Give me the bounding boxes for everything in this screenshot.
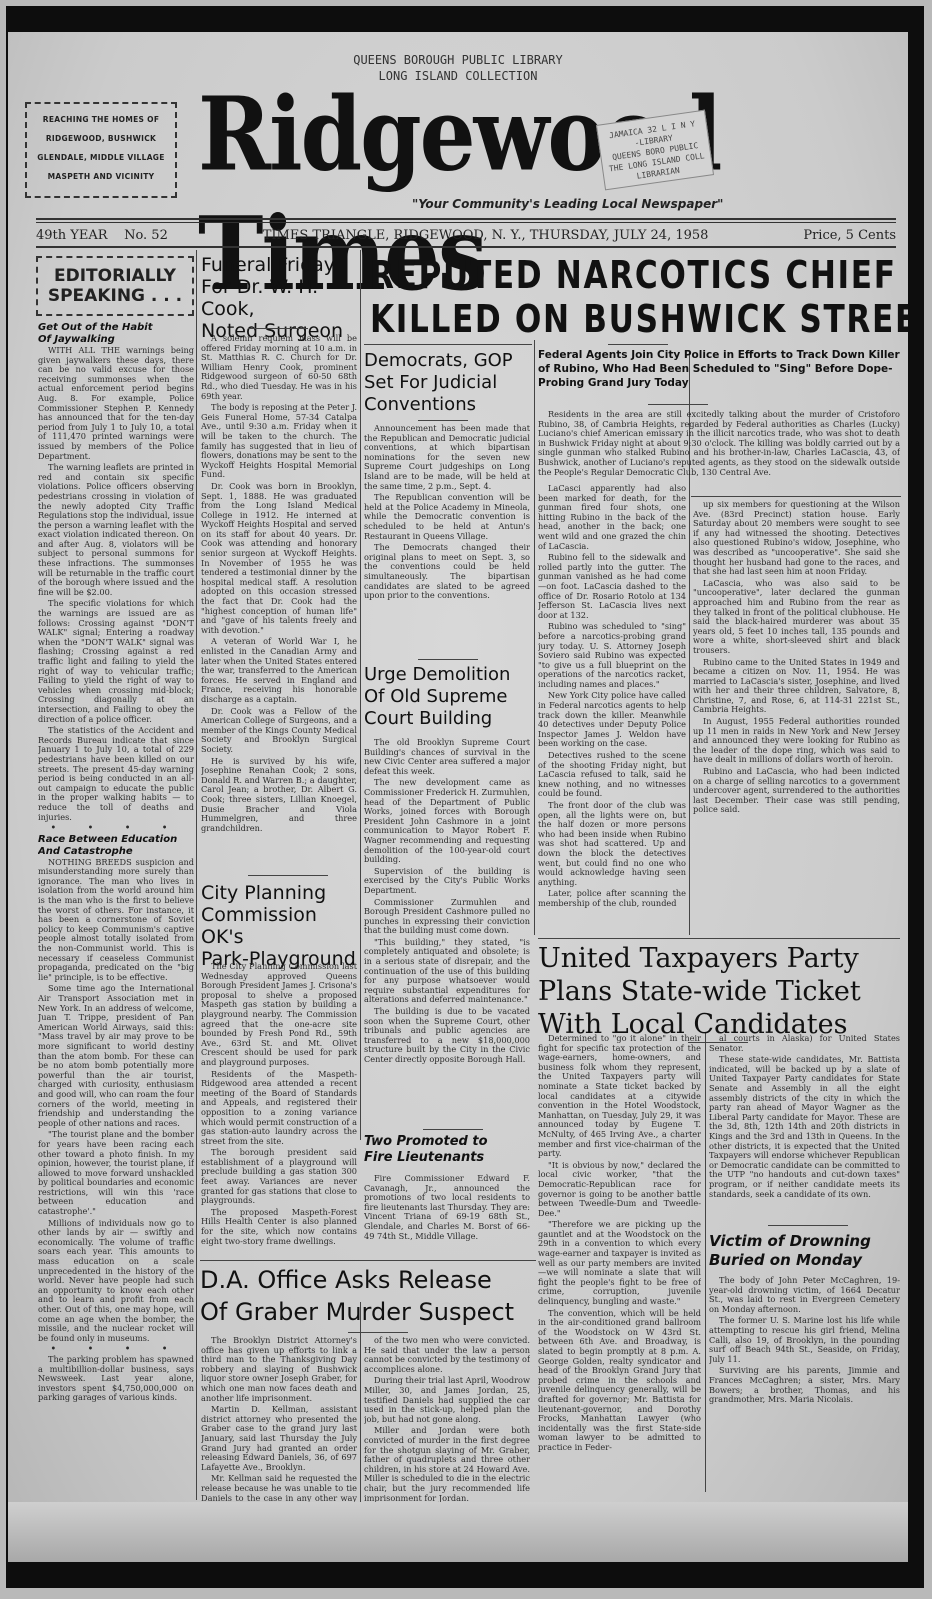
headline-line: Victim of Drowning bbox=[709, 1232, 900, 1251]
short-rule bbox=[423, 1129, 483, 1130]
paragraph: WITH ALL THE warnings being given jaywal… bbox=[38, 346, 194, 461]
paragraph: Later, police after scanning the members… bbox=[538, 889, 686, 908]
headline-line: D.A. Office Asks Release bbox=[200, 1264, 536, 1296]
banner-column-2: up six members for questioning at the Wi… bbox=[693, 500, 900, 934]
banner-lead: Residents in the area are still excitedl… bbox=[538, 410, 900, 480]
paragraph: NOTHING BREEDS suspicion and misundersta… bbox=[38, 858, 194, 983]
headline-line: Set For Judicial bbox=[364, 372, 532, 394]
headline-line: Urge Demolition bbox=[364, 664, 532, 686]
headline-line: For Dr. W. H. Cook, bbox=[201, 276, 361, 320]
paragraph: The specific violations for which the wa… bbox=[38, 599, 194, 724]
democrats-article: Announcement has been made that the Repu… bbox=[364, 424, 530, 654]
cook-article: A solemn requiem mass will be offered Fr… bbox=[201, 334, 357, 869]
page-bottom-margin bbox=[8, 1502, 908, 1562]
paragraph: Rubino was scheduled to "sing" before a … bbox=[538, 622, 686, 689]
headline-line: Court Building bbox=[364, 708, 532, 730]
demolition-article: The old Brooklyn Supreme Court Building'… bbox=[364, 738, 530, 1126]
paragraph: The City Planning Commission last Wednes… bbox=[201, 962, 357, 1068]
column-rule bbox=[360, 250, 361, 1140]
box-title-line: SPEAKING . . . bbox=[38, 286, 192, 306]
headline-line: United Taxpayers Party bbox=[538, 942, 900, 975]
paragraph: The new development came as Commissioner… bbox=[364, 778, 530, 864]
fire-headline: Two Promoted to Fire Lieutenants bbox=[364, 1134, 532, 1166]
graber-headline: D.A. Office Asks Release Of Graber Murde… bbox=[200, 1264, 536, 1328]
paragraph: Commissioner Zurmuhlen and Borough Presi… bbox=[364, 898, 530, 936]
headline-line: Funeral Friday bbox=[201, 254, 361, 276]
paragraph: Residents of the Maspeth-Ridgewood area … bbox=[201, 1070, 357, 1147]
column-rule bbox=[534, 340, 535, 935]
paragraph: A veteran of World War I, he enlisted in… bbox=[201, 637, 357, 704]
paragraph: The convention, which will be held in th… bbox=[538, 1309, 701, 1453]
paragraph: Martin D. Kellman, assistant district at… bbox=[201, 1405, 357, 1472]
library-stamp-line: QUEENS BOROUGH PUBLIC LIBRARY bbox=[8, 52, 908, 68]
paragraph: Rubino came to the United States in 1949… bbox=[693, 658, 900, 716]
editorial-column: Get Out of the HabitOf Jaywalking WITH A… bbox=[38, 322, 194, 1502]
editorial-subhead: Race Between EducationAnd Catastrophe bbox=[38, 834, 194, 858]
paragraph: The borough president said establishment… bbox=[201, 1148, 357, 1206]
taxpayers-column-2: al courts in Alaska) for United States S… bbox=[709, 1034, 900, 1214]
short-rule bbox=[248, 875, 328, 876]
rule bbox=[364, 344, 532, 345]
democrats-headline: Democrats, GOP Set For Judicial Conventi… bbox=[364, 350, 532, 416]
paragraph: "This building," they stated, "is comple… bbox=[364, 938, 530, 1005]
short-rule bbox=[648, 404, 708, 405]
paragraph: Miller and Jordan were both convicted of… bbox=[364, 1426, 530, 1503]
paragraph: The Brooklyn District Attorney's office … bbox=[201, 1336, 357, 1403]
headline-line: Fire Lieutenants bbox=[364, 1150, 532, 1166]
banner-line: REPUTED NARCOTICS CHIEF bbox=[370, 253, 806, 297]
column-rule bbox=[705, 1032, 706, 1492]
paragraph: Determined to "go it alone" in their fig… bbox=[538, 1034, 701, 1159]
paragraph: The Democrats changed their original pla… bbox=[364, 543, 530, 601]
paragraph: Rubino fell to the sidewalk and rolled p… bbox=[538, 553, 686, 620]
paragraph: of the two men who were convicted. He sa… bbox=[364, 1336, 530, 1374]
demolition-headline: Urge Demolition Of Old Supreme Court Bui… bbox=[364, 664, 532, 730]
dateline-rule bbox=[36, 246, 896, 248]
paragraph: "Therefore we are picking up the gauntle… bbox=[538, 1220, 701, 1306]
reaching-line: MASPETH AND VICINITY bbox=[27, 167, 175, 186]
headline-line: Conventions bbox=[364, 394, 532, 416]
paragraph: Surviving are his parents, Jimmie and Fr… bbox=[709, 1366, 900, 1404]
drowning-headline: Victim of Drowning Buried on Monday bbox=[709, 1232, 900, 1270]
banner-deck: Federal Agents Join City Police in Effor… bbox=[538, 348, 900, 390]
paragraph: The Republican convention will be held a… bbox=[364, 493, 530, 541]
newspaper-page: QUEENS BOROUGH PUBLIC LIBRARY LONG ISLAN… bbox=[8, 32, 908, 1562]
banner-line: KILLED ON BUSHWICK STREET bbox=[370, 297, 806, 341]
banner-column-1: LaCasci apparently had also been marked … bbox=[538, 484, 686, 934]
subhead-line: Get Out of the Habit bbox=[38, 322, 194, 334]
short-rule bbox=[418, 659, 478, 660]
paragraph: LaCasci apparently had also been marked … bbox=[538, 484, 686, 551]
paragraph: Residents in the area are still excitedl… bbox=[538, 410, 900, 477]
slogan: "Your Community's Leading Local Newspape… bbox=[412, 197, 723, 211]
subhead-line: And Catastrophe bbox=[38, 846, 194, 858]
price: Price, 5 Cents bbox=[803, 228, 896, 243]
headline-line: Two Promoted to bbox=[364, 1134, 532, 1150]
reaching-line: GLENDALE, MIDDLE VILLAGE bbox=[27, 148, 175, 167]
paragraph: al courts in Alaska) for United States S… bbox=[709, 1034, 900, 1053]
headline-line: Commission OK's bbox=[201, 904, 361, 948]
planning-article: The City Planning Commission last Wednes… bbox=[201, 962, 357, 1252]
issue-number: No. 52 bbox=[124, 228, 168, 243]
paragraph: The old Brooklyn Supreme Court Building'… bbox=[364, 738, 530, 776]
paragraph: The parking problem has spawned a multib… bbox=[38, 1355, 194, 1403]
graber-column-2: of the two men who were convicted. He sa… bbox=[364, 1336, 530, 1506]
masthead-rule bbox=[36, 222, 896, 223]
box-title-line: EDITORIALLY bbox=[38, 266, 192, 286]
fire-article: Fire Commissioner Edward F. Cavanagh, Jr… bbox=[364, 1174, 530, 1254]
paragraph: Detectives rushed to the scene of the sh… bbox=[538, 751, 686, 799]
paragraph: Fire Commissioner Edward F. Cavanagh, Jr… bbox=[364, 1174, 530, 1241]
headline-line: City Planning bbox=[201, 882, 361, 904]
volume-year: 49th YEAR bbox=[36, 228, 108, 243]
short-rule bbox=[608, 344, 668, 345]
headline-line: Plans State-wide Ticket bbox=[538, 975, 900, 1008]
paragraph: During their trial last April, Woodrow M… bbox=[364, 1376, 530, 1424]
paragraph: LaCascia, who was also said to be "uncoo… bbox=[693, 579, 900, 656]
planning-headline: City Planning Commission OK's Park-Playg… bbox=[201, 882, 361, 970]
short-rule bbox=[418, 420, 468, 421]
paragraph: The statistics of the Accident and Recor… bbox=[38, 726, 194, 822]
paragraph: The building is due to be vacated soon w… bbox=[364, 1007, 530, 1065]
paragraph: A solemn requiem mass will be offered Fr… bbox=[201, 334, 357, 401]
reaching-line: REACHING THE HOMES OF bbox=[27, 110, 175, 129]
subhead-line: Race Between Education bbox=[38, 834, 194, 846]
paragraph: These state-wide candidates, Mr. Battist… bbox=[709, 1055, 900, 1199]
rule bbox=[691, 496, 901, 497]
dateline-bar: 49th YEAR No. 52 TIMES TRIANGLE, RIDGEWO… bbox=[36, 228, 896, 243]
rule bbox=[538, 938, 900, 939]
paragraph: In August, 1955 Federal authorities roun… bbox=[693, 717, 900, 765]
paragraph: Supervision of the building is exercised… bbox=[364, 867, 530, 896]
paragraph: The warning leaflets are printed in red … bbox=[38, 463, 194, 597]
paragraph: Millions of individuals now go to other … bbox=[38, 1219, 194, 1344]
headline-line: Democrats, GOP bbox=[364, 350, 532, 372]
taxpayers-column-1: Determined to "go it alone" in their fig… bbox=[538, 1034, 701, 1504]
reaching-homes-box: REACHING THE HOMES OF RIDGEWOOD, BUSHWIC… bbox=[25, 102, 177, 198]
paragraph: Dr. Cook was born in Brooklyn, Sept. 1, … bbox=[201, 482, 357, 636]
taxpayers-headline: United Taxpayers Party Plans State-wide … bbox=[538, 942, 900, 1041]
separator: • • • • bbox=[38, 824, 194, 834]
editorial-subhead: Get Out of the HabitOf Jaywalking bbox=[38, 322, 194, 346]
paragraph: Dr. Cook was a Fellow of the American Co… bbox=[201, 707, 357, 755]
paragraph: The body of John Peter McCaghren, 19-yea… bbox=[709, 1276, 900, 1314]
masthead-rule bbox=[36, 218, 896, 220]
paragraph: "It is obvious by now," declared the loc… bbox=[538, 1161, 701, 1219]
paragraph: The front door of the club was open, all… bbox=[538, 801, 686, 887]
paragraph: "The tourist plane and the bomber for ye… bbox=[38, 1130, 194, 1216]
headline-line: Of Old Supreme bbox=[364, 686, 532, 708]
dateline: TIMES TRIANGLE, RIDGEWOOD, N. Y., THURSD… bbox=[263, 228, 709, 243]
drowning-article: The body of John Peter McCaghren, 19-yea… bbox=[709, 1276, 900, 1476]
paragraph: The body is reposing at the Peter J. Gei… bbox=[201, 403, 357, 480]
paragraph: The proposed Maspeth-Forest Hills Health… bbox=[201, 1208, 357, 1246]
short-rule bbox=[248, 328, 308, 329]
paragraph: New York City police have called in Fede… bbox=[538, 691, 686, 749]
paragraph: Some time ago the International Air Tran… bbox=[38, 984, 194, 1128]
short-rule bbox=[348, 1332, 408, 1333]
headline-line: Of Graber Murder Suspect bbox=[200, 1296, 536, 1328]
paragraph: Rubino and LaCascia, who had been indict… bbox=[693, 767, 900, 815]
paragraph: up six members for questioning at the Wi… bbox=[693, 500, 900, 577]
paragraph: He is survived by his wife, Josephine Re… bbox=[201, 757, 357, 834]
paragraph: Announcement has been made that the Repu… bbox=[364, 424, 530, 491]
banner-headline: REPUTED NARCOTICS CHIEF KILLED ON BUSHWI… bbox=[370, 253, 806, 341]
column-rule bbox=[196, 250, 197, 1500]
paragraph: The former U. S. Marine lost his life wh… bbox=[709, 1316, 900, 1364]
short-rule bbox=[768, 1225, 848, 1226]
rule bbox=[200, 1260, 536, 1261]
reaching-line: RIDGEWOOD, BUSHWICK bbox=[27, 129, 175, 148]
headline-line: Buried on Monday bbox=[709, 1251, 900, 1270]
editorially-speaking-box: EDITORIALLY SPEAKING . . . bbox=[36, 256, 194, 316]
graber-column-1: The Brooklyn District Attorney's office … bbox=[201, 1336, 357, 1506]
